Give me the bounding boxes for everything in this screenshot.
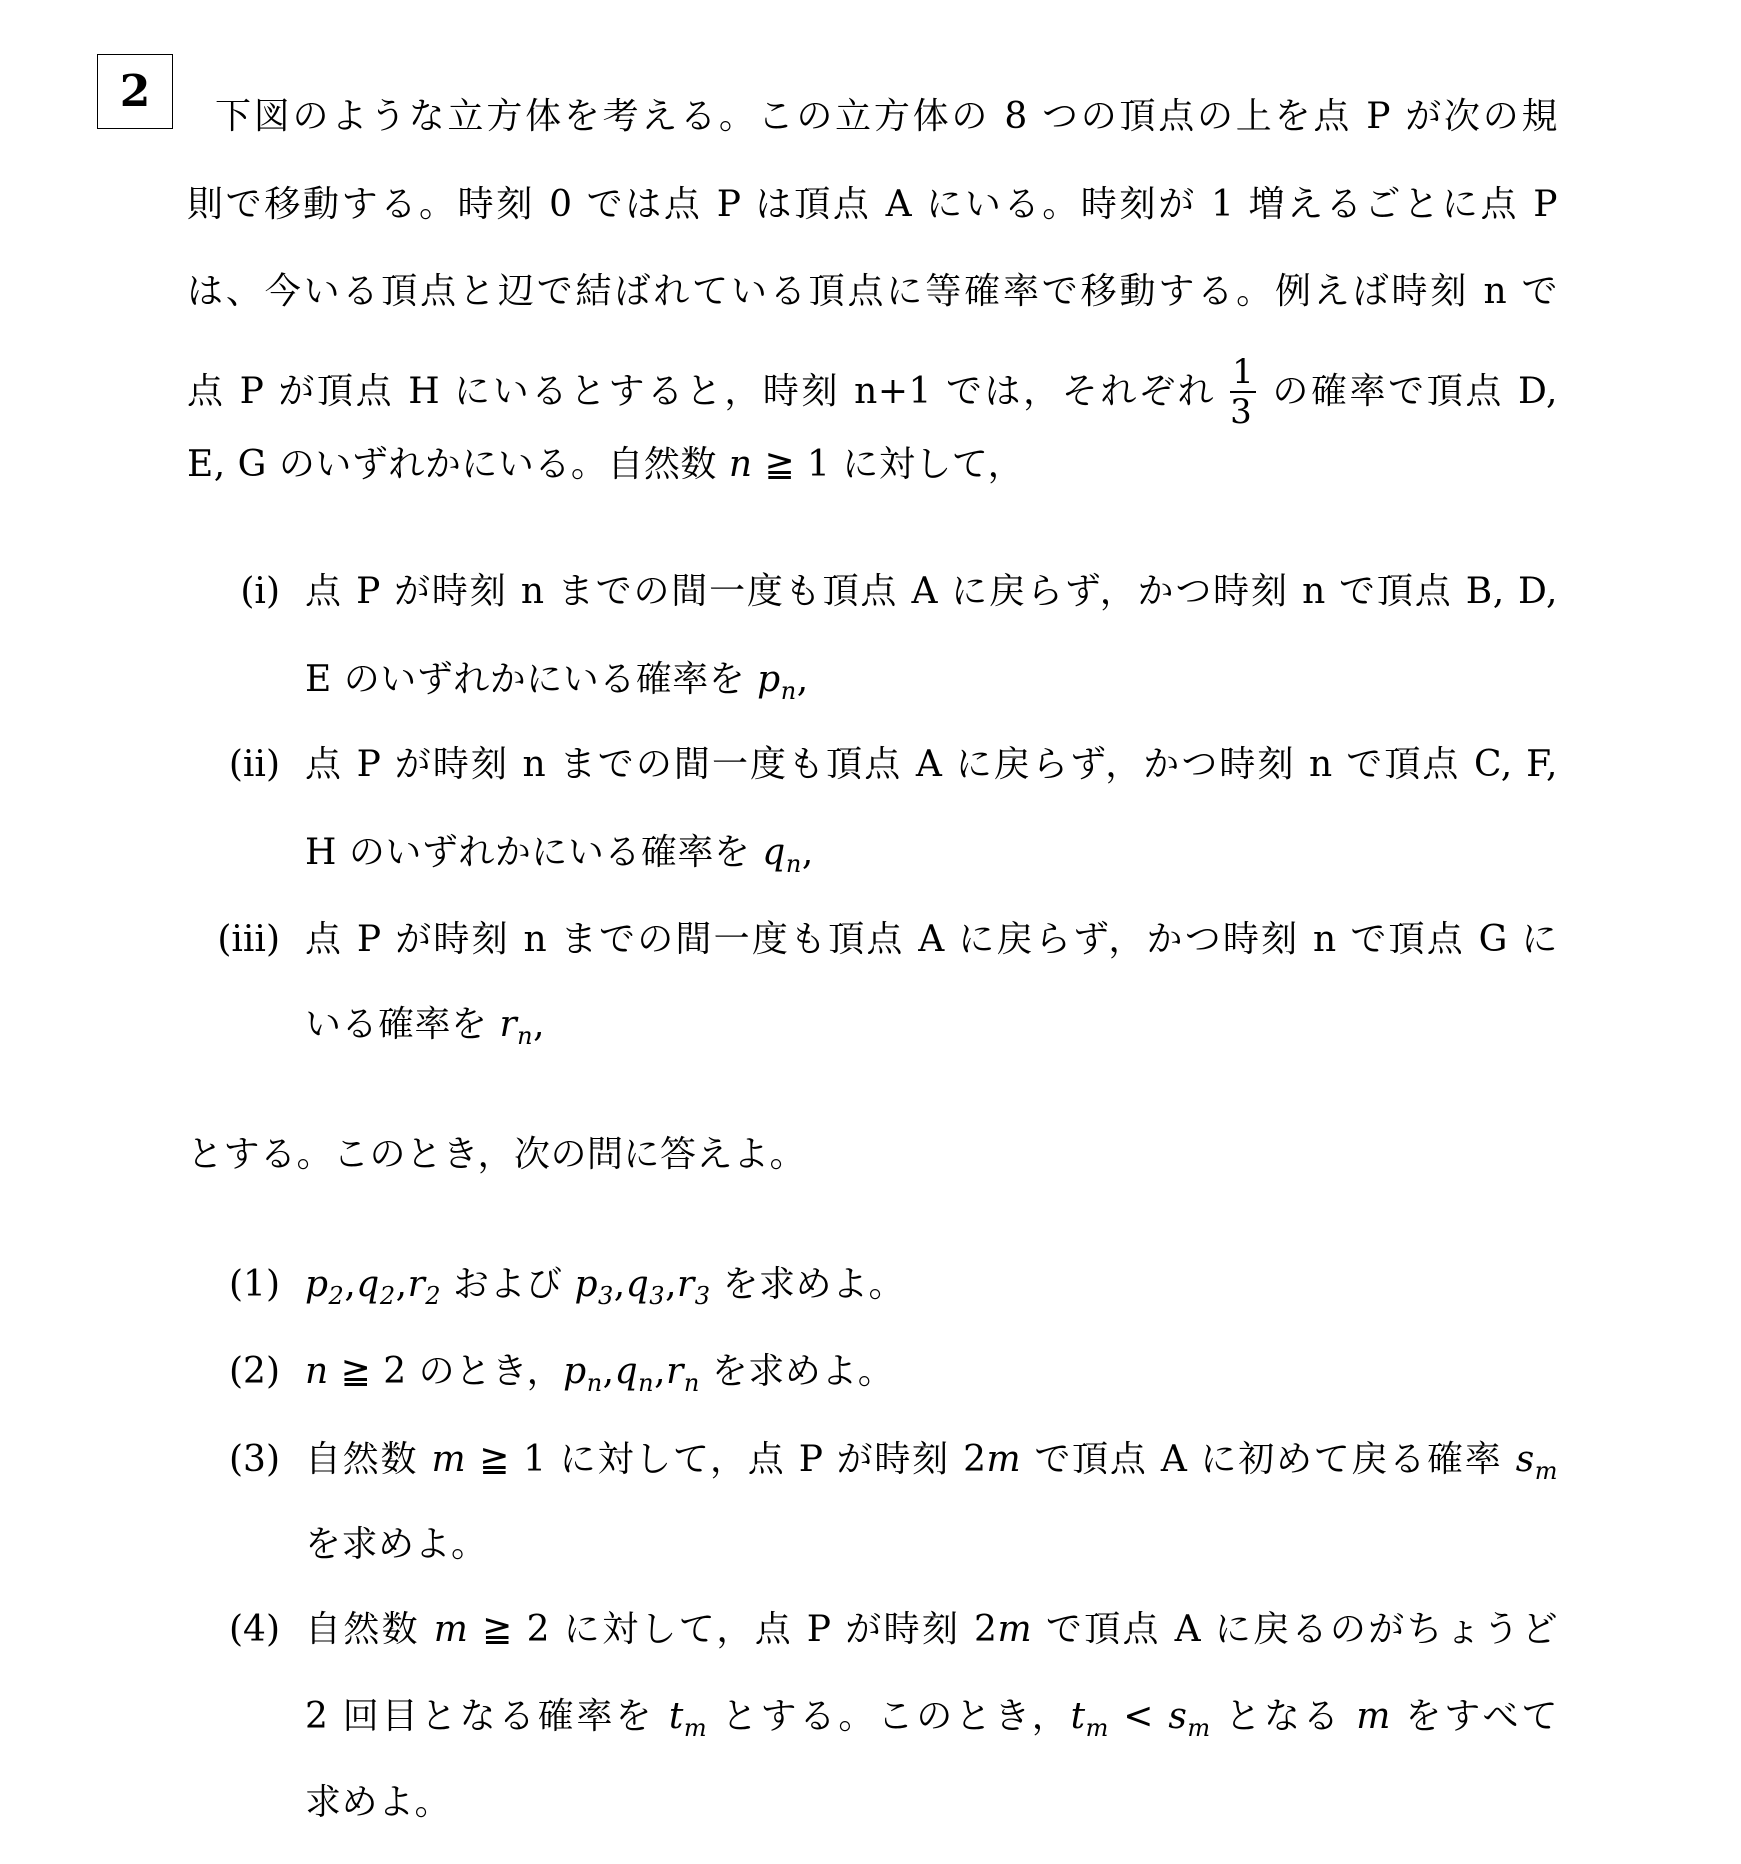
sub-3: 3 xyxy=(695,1282,711,1310)
sub-3: 3 xyxy=(598,1282,614,1310)
sub-2: 2 xyxy=(329,1282,345,1310)
sub-m: m xyxy=(1535,1457,1558,1485)
fraction-one-third: 13 xyxy=(1230,353,1256,431)
var-m: m xyxy=(997,1609,1032,1650)
sub-m: m xyxy=(684,1714,707,1742)
var-n: n xyxy=(729,444,753,485)
var-t: t xyxy=(1071,1696,1086,1737)
fraction-denominator: 3 xyxy=(1230,393,1256,431)
var-p: p xyxy=(757,659,781,700)
q4-a: 自然数 xyxy=(305,1609,434,1650)
def-iii-text: いる確率を xyxy=(305,1004,499,1045)
var-q: q xyxy=(626,1264,650,1305)
fraction-numerator: 1 xyxy=(1230,353,1256,393)
q4-line2-a: 2 回目となる確率を xyxy=(305,1696,669,1737)
var-q: q xyxy=(762,832,786,873)
var-m: m xyxy=(987,1439,1022,1480)
q4-line2-d: となる xyxy=(1211,1696,1357,1737)
problem-number-box: 2 xyxy=(97,54,173,129)
var-p: p xyxy=(574,1264,598,1305)
intro-line-3: は、今いる頂点と辺で結ばれている頂点に等確率で移動する。例えば時刻 n で xyxy=(187,267,1558,317)
var-r: r xyxy=(666,1351,684,1392)
def-ii-line-2: H のいずれかにいる確率を qn, xyxy=(305,828,1558,878)
question-1: p2,q2,r2 および p3,q3,r3 を求めよ。 xyxy=(305,1260,1558,1310)
problem-number: 2 xyxy=(120,66,151,117)
sub-n: n xyxy=(781,677,797,705)
transition-text: とする。このとき，次の問に答えよ。 xyxy=(187,1130,1558,1180)
comma: , xyxy=(797,659,809,700)
def-i-text: E のいずれかにいる確率を xyxy=(305,659,757,700)
q3-b: ≧ 1 に対して，点 P が時刻 2 xyxy=(466,1439,986,1480)
intro-line-5: E, G のいずれかにいる。自然数 n ≧ 1 に対して， xyxy=(187,440,1558,490)
q1-mid: および xyxy=(441,1264,574,1305)
var-r: r xyxy=(677,1264,695,1305)
question-4-line-3: 求めよ。 xyxy=(305,1778,1558,1828)
def-label-ii: (ii) xyxy=(210,740,280,790)
var-p: p xyxy=(563,1351,587,1392)
intro-line-1: 下図のような立方体を考える。この立方体の 8 つの頂点の上を点 P が次の規 xyxy=(215,92,1558,142)
sub-n: n xyxy=(684,1369,700,1397)
var-n: n xyxy=(305,1351,329,1392)
comma: , xyxy=(802,832,814,873)
question-3-line-2: を求めよ。 xyxy=(305,1520,1558,1570)
var-m: m xyxy=(1356,1696,1391,1737)
def-iii-line-2: いる確率を rn, xyxy=(305,1000,1558,1050)
def-label-iii: (iii) xyxy=(210,915,280,965)
var-p: p xyxy=(305,1264,329,1305)
var-q: q xyxy=(615,1351,639,1392)
sub-m: m xyxy=(1086,1714,1109,1742)
question-label-4: (4) xyxy=(210,1605,280,1655)
q4-line2-b: とする。このとき， xyxy=(707,1696,1071,1737)
sub-n: n xyxy=(587,1369,603,1397)
q1-tail: を求めよ。 xyxy=(711,1264,905,1305)
question-3-line-1: 自然数 m ≧ 1 に対して，点 P が時刻 2m で頂点 A に初めて戻る確率… xyxy=(305,1435,1558,1485)
var-s: s xyxy=(1168,1696,1187,1737)
less-than: < xyxy=(1109,1696,1168,1737)
q4-c: で頂点 A に戻るのがちょうど xyxy=(1032,1609,1558,1650)
sub-m: m xyxy=(1187,1714,1210,1742)
q3-a: 自然数 xyxy=(305,1439,431,1480)
intro-line-4-after: の確率で頂点 D, xyxy=(1270,371,1558,412)
def-label-i: (i) xyxy=(210,567,280,617)
sub-2: 2 xyxy=(380,1282,396,1310)
sub-n: n xyxy=(638,1369,654,1397)
question-4-line-1: 自然数 m ≧ 2 に対して，点 P が時刻 2m で頂点 A に戻るのがちょう… xyxy=(305,1605,1558,1655)
comma: , xyxy=(533,1004,545,1045)
def-ii-line-1: 点 P が時刻 n までの間一度も頂点 A に戻らず，かつ時刻 n で頂点 C,… xyxy=(305,740,1558,790)
q2-cond: ≧ 2 のとき， xyxy=(329,1351,563,1392)
def-iii-line-1: 点 P が時刻 n までの間一度も頂点 A に戻らず，かつ時刻 n で頂点 G … xyxy=(305,915,1558,965)
q4-b: ≧ 2 に対して，点 P が時刻 2 xyxy=(468,1609,997,1650)
var-r: r xyxy=(499,1004,517,1045)
question-4-line-2: 2 回目となる確率を tm とする。このとき，tm < sm となる m をすべ… xyxy=(305,1692,1558,1742)
sub-n: n xyxy=(517,1022,533,1050)
sub-3: 3 xyxy=(649,1282,665,1310)
sub-n: n xyxy=(786,850,802,878)
question-label-2: (2) xyxy=(210,1347,280,1397)
var-m: m xyxy=(431,1439,466,1480)
question-label-1: (1) xyxy=(210,1260,280,1310)
def-i-line-2: E のいずれかにいる確率を pn, xyxy=(305,655,1558,705)
q2-tail: を求めよ。 xyxy=(700,1351,894,1392)
def-i-line-1: 点 P が時刻 n までの間一度も頂点 A に戻らず，かつ時刻 n で頂点 B,… xyxy=(305,567,1558,617)
var-m: m xyxy=(434,1609,469,1650)
var-r: r xyxy=(408,1264,426,1305)
sub-2: 2 xyxy=(425,1282,441,1310)
var-t: t xyxy=(669,1696,684,1737)
def-ii-text: H のいずれかにいる確率を xyxy=(305,832,762,873)
intro-line-5-after: ≧ 1 に対して， xyxy=(753,444,1025,485)
q3-c: で頂点 A に初めて戻る確率 xyxy=(1021,1439,1516,1480)
var-s: s xyxy=(1516,1439,1535,1480)
intro-line-4-before: 点 P が頂点 H にいるとすると，時刻 n+1 では，それぞれ xyxy=(187,371,1216,412)
var-q: q xyxy=(356,1264,380,1305)
question-2: n ≧ 2 のとき，pn,qn,rn を求めよ。 xyxy=(305,1347,1558,1397)
intro-line-2: 則で移動する。時刻 0 では点 P は頂点 A にいる。時刻が 1 増えるごとに… xyxy=(187,180,1558,230)
intro-line-5-before: E, G のいずれかにいる。自然数 xyxy=(187,444,729,485)
question-label-3: (3) xyxy=(210,1435,280,1485)
q4-line2-e: をすべて xyxy=(1391,1696,1558,1737)
intro-line-4: 点 P が頂点 H にいるとすると，時刻 n+1 では，それぞれ13の確率で頂点… xyxy=(187,355,1558,435)
